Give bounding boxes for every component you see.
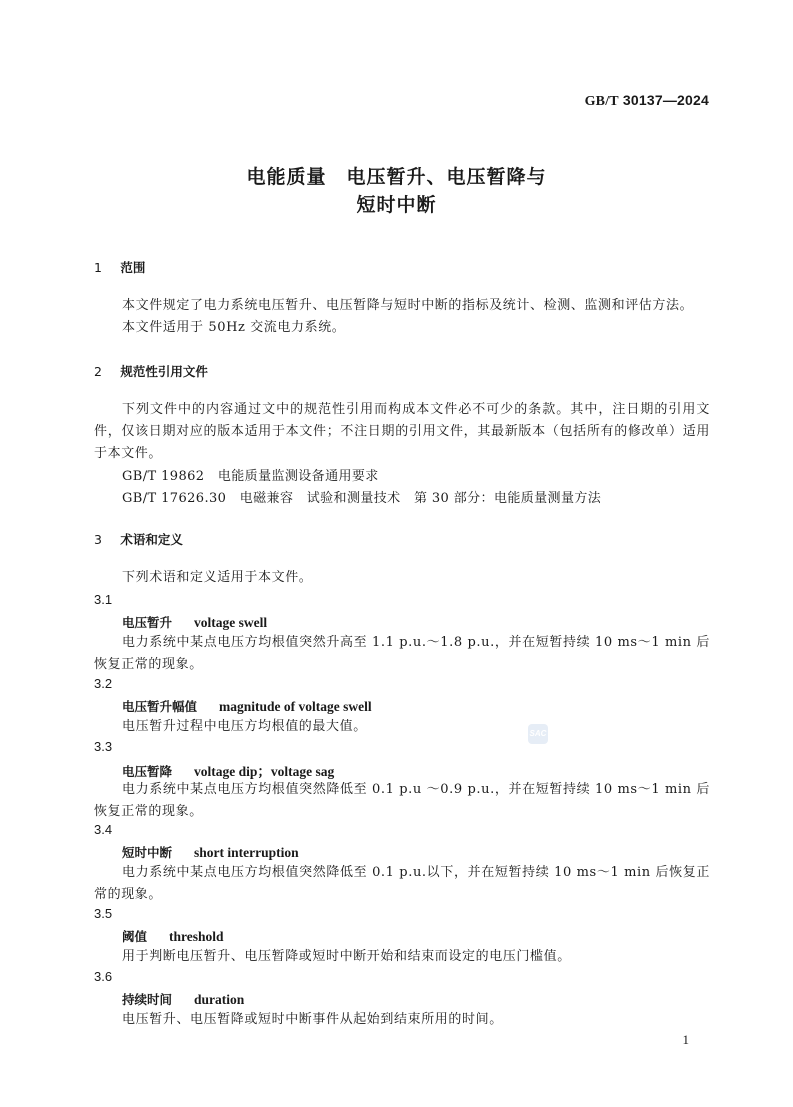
term-entry: 电压暂升幅值magnitude of voltage swell (122, 697, 372, 715)
sac-watermark-logo: SAC (528, 724, 548, 744)
section-heading-terms-definitions: 3 术语和定义 (94, 530, 183, 548)
section-heading-normative-references: 2 规范性引用文件 (94, 362, 208, 380)
term-entry: 短时中断short interruption (122, 843, 299, 861)
term-entry: 持续时间duration (122, 990, 244, 1008)
term-en: magnitude of voltage swell (219, 699, 372, 714)
document-title-line2: 短时中断 (0, 190, 793, 217)
term-en: threshold (169, 929, 224, 944)
clause-number: 3.2 (94, 676, 112, 691)
term-definition: 电力系统中某点电压方均根值突然降低至 0.1 p.u.以下，并在短暂持续 10 … (94, 862, 710, 906)
term-zh: 电压暂降 (122, 764, 172, 779)
section-title: 术语和定义 (120, 532, 183, 547)
paragraph: 下列文件中的内容通过文中的规范性引用而构成本文件必不可少的条款。其中，注日期的引… (94, 399, 710, 465)
page-number: 1 (683, 1032, 690, 1048)
paragraph: 下列术语和定义适用于本文件。 (94, 567, 710, 589)
reference-item: GB/T 17626.30 电磁兼容 试验和测量技术 第 30 部分：电能质量测… (122, 487, 601, 506)
section-number: 3 (94, 532, 116, 547)
term-zh: 阈值 (122, 929, 147, 944)
standard-number: 30137—2024 (623, 92, 709, 108)
clause-number: 3.1 (94, 592, 112, 607)
term-entry: 电压暂降voltage dip；voltage sag (122, 760, 334, 780)
section-number: 1 (94, 260, 116, 275)
clause-number: 3.6 (94, 969, 112, 984)
term-definition: 电力系统中某点电压方均根值突然升高至 1.1 p.u.～1.8 p.u.，并在短… (94, 632, 710, 676)
term-definition: 电压暂升、电压暂降或短时中断事件从起始到结束所用的时间。 (94, 1009, 710, 1031)
term-en: short interruption (194, 845, 299, 860)
term-entry: 电压暂升voltage swell (122, 613, 267, 631)
document-page: GB/T 30137—2024 电能质量 电压暂升、电压暂降与 短时中断 1 范… (0, 0, 793, 1107)
clause-number: 3.4 (94, 822, 112, 837)
clause-number: 3.3 (94, 739, 112, 754)
term-en: voltage swell (194, 615, 267, 630)
term-definition: 电力系统中某点电压方均根值突然降低至 0.1 p.u ～0.9 p.u.，并在短… (94, 779, 710, 823)
section-title: 范围 (120, 260, 145, 275)
reference-item: GB/T 19862 电能质量监测设备通用要求 (122, 465, 379, 484)
term-zh: 短时中断 (122, 845, 172, 860)
document-title-line1: 电能质量 电压暂升、电压暂降与 (0, 162, 793, 189)
term-zh: 电压暂升 (122, 615, 172, 630)
term-definition: 电压暂升过程中电压方均根值的最大值。 (94, 716, 710, 738)
section-heading-scope: 1 范围 (94, 258, 145, 276)
paragraph: 本文件规定了电力系统电压暂升、电压暂降与短时中断的指标及统计、检测、监测和评估方… (94, 295, 710, 317)
term-en: duration (194, 992, 244, 1007)
term-zh: 持续时间 (122, 992, 172, 1007)
term-zh: 电压暂升幅值 (122, 699, 197, 714)
standard-prefix: GB/T (585, 94, 619, 109)
standard-code: GB/T 30137—2024 (585, 92, 709, 110)
term-entry: 阈值threshold (122, 927, 224, 945)
section-title: 规范性引用文件 (120, 364, 208, 379)
clause-number: 3.5 (94, 906, 112, 921)
section-number: 2 (94, 364, 116, 379)
paragraph: 本文件适用于 50Hz 交流电力系统。 (94, 317, 710, 339)
term-definition: 用于判断电压暂升、电压暂降或短时中断开始和结束而设定的电压门槛值。 (94, 946, 710, 968)
term-en: voltage dip；voltage sag (194, 764, 334, 779)
